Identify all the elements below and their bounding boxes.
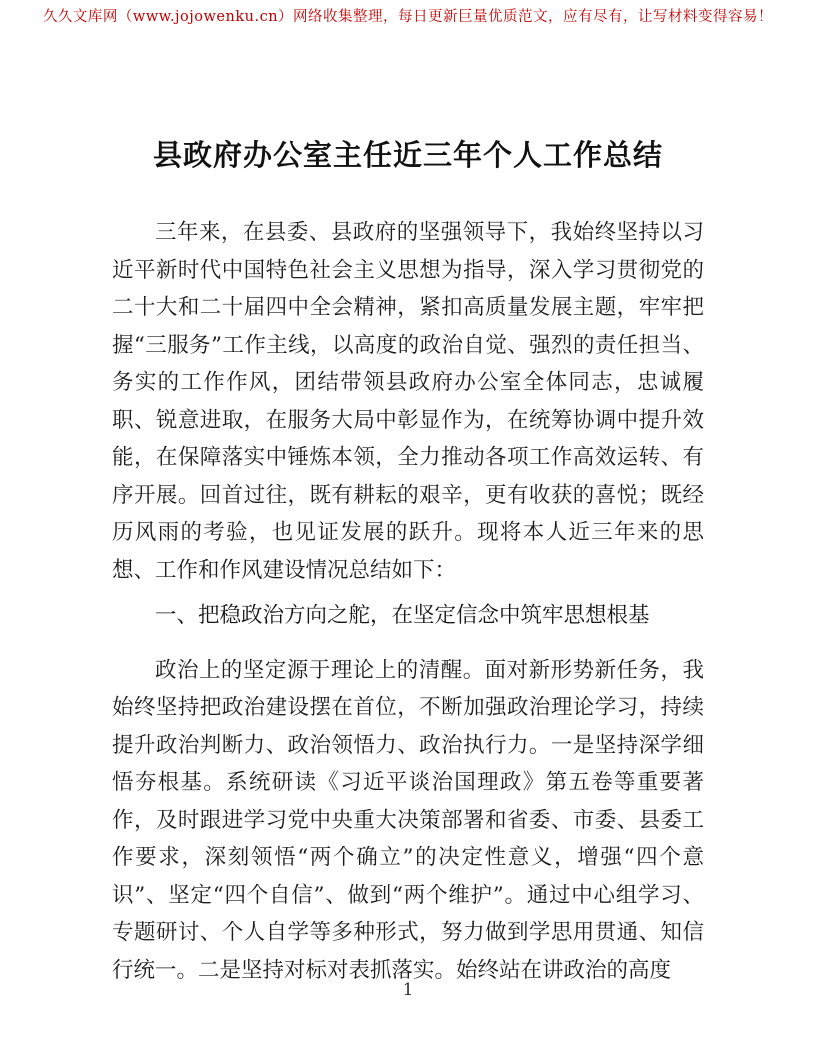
- intro-paragraph: 三年来，在县委、县政府的坚强领导下，我始终坚持以习近平新时代中国特色社会主义思想…: [112, 214, 704, 589]
- section-1-paragraph: 政治上的坚定源于理论上的清醒。面对新形势新任务，我始终坚持把政治建设摆在首位，不…: [112, 652, 704, 990]
- site-watermark-notice: 久久文库网（www.jojowenku.cn）网络收集整理，每日更新巨量优质范文…: [0, 0, 816, 28]
- document-page: 久久文库网（www.jojowenku.cn）网络收集整理，每日更新巨量优质范文…: [0, 0, 816, 1056]
- document-body: 三年来，在县委、县政府的坚强领导下，我始终坚持以习近平新时代中国特色社会主义思想…: [112, 214, 704, 989]
- page-number: 1: [0, 980, 816, 1000]
- section-1-heading: 一、把稳政治方向之舵，在坚定信念中筑牢思想根基: [112, 597, 704, 635]
- document-title: 县政府办公室主任近三年个人工作总结: [0, 136, 816, 174]
